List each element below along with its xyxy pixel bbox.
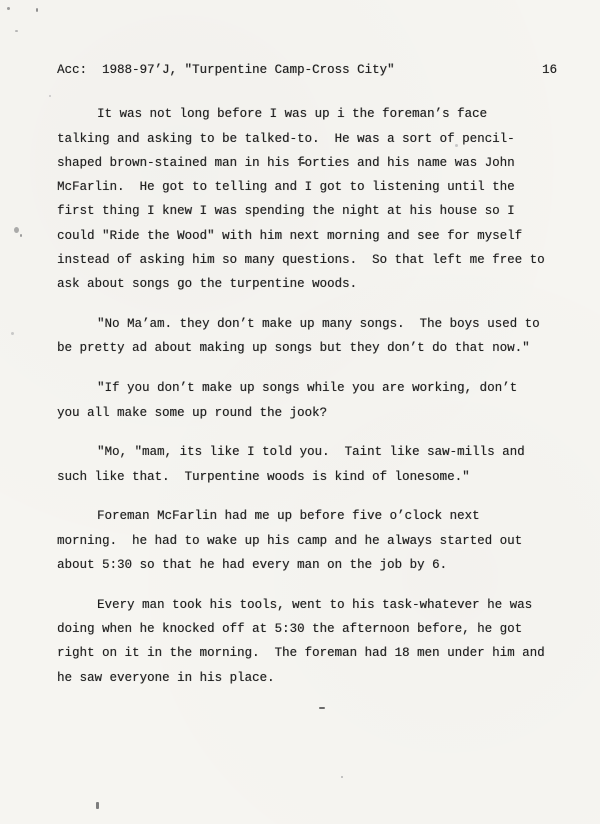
page-header: Acc: 1988-97’J, "Turpentine Camp-Cross C… (57, 58, 557, 82)
paragraph-2: "No Ma’am. they don’t make up many songs… (57, 312, 557, 361)
scan-artifact (341, 776, 343, 778)
scan-artifact (36, 8, 38, 12)
scan-artifact (49, 95, 51, 97)
scan-artifact (11, 332, 14, 335)
accession-heading: Acc: 1988-97’J, "Turpentine Camp-Cross C… (57, 58, 395, 82)
scan-artifact (15, 30, 18, 32)
scan-artifact (7, 7, 10, 10)
paragraph-5: Foreman McFarlin had me up before five o… (57, 504, 557, 577)
paragraph-4: "Mo, "mam, its like I told you. Taint li… (57, 440, 557, 489)
scan-artifact (20, 234, 22, 237)
scan-artifact (96, 802, 99, 809)
scan-artifact (319, 707, 325, 709)
scanned-document-page: Acc: 1988-97’J, "Turpentine Camp-Cross C… (0, 0, 600, 824)
paragraph-6: Every man took his tools, went to his ta… (57, 593, 557, 690)
paragraph-1: It was not long before I was up i the fo… (57, 102, 557, 296)
page-number: 16 (542, 58, 557, 82)
paragraph-3: "If you don’t make up songs while you ar… (57, 376, 557, 425)
scan-artifact (14, 227, 19, 233)
document-body: It was not long before I was up i the fo… (57, 102, 557, 690)
